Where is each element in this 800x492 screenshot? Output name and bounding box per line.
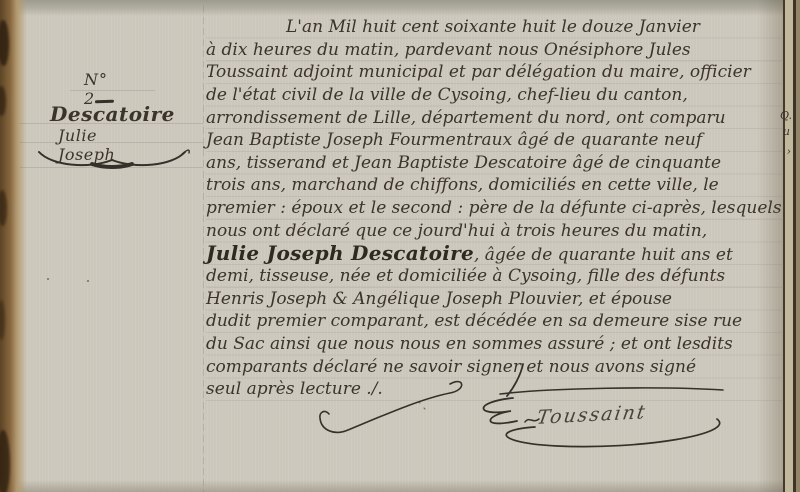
- body-line: Henris Joseph & Angélique Joseph Plouvie…: [206, 288, 784, 311]
- body-line: à dix heures du matin, pardevant nous On…: [206, 39, 784, 62]
- body-line: de l'état civil de la ville de Cysoing, …: [206, 84, 784, 107]
- body-line-deceased-name: Julie Joseph Descatoire, âgée de quarant…: [206, 242, 784, 265]
- body-line-continuation: , âgée de quarante huit ans et: [474, 245, 733, 265]
- margin-rule-line: [203, 6, 204, 492]
- paper-speck: [87, 280, 89, 282]
- act-body-text: L'an Mil huit cent soixante huit le douz…: [206, 16, 784, 401]
- ruled-line: [70, 90, 155, 91]
- binding-dark-patch: [0, 190, 7, 226]
- body-line: Toussaint adjoint municipal et par délég…: [206, 61, 784, 84]
- top-edge-shadow: [0, 0, 800, 16]
- body-line: du Sac ainsi que nous nous en sommes ass…: [206, 333, 784, 356]
- bottom-edge-shadow: [0, 480, 800, 492]
- body-line: arrondissement de Lille, département du …: [206, 107, 784, 130]
- body-line: Jean Baptiste Joseph Fourmentraux âgé de…: [206, 129, 784, 152]
- body-line: premier : époux et le second : père de l…: [206, 197, 784, 220]
- body-line: nous ont déclaré que ce jourd'hui à troi…: [206, 220, 784, 243]
- body-line: demi, tisseuse, née et domiciliée à Cyso…: [206, 265, 784, 288]
- body-line: L'an Mil huit cent soixante huit le douz…: [206, 16, 784, 39]
- book-gutter: [783, 0, 800, 492]
- gutter-text-fragment: ›: [787, 146, 791, 158]
- officer-signature: Toussaint: [455, 362, 755, 462]
- deceased-full-name: Julie Joseph Descatoire: [206, 241, 474, 265]
- deceased-surname: Descatoire: [50, 102, 175, 126]
- binding-dark-patch: [0, 20, 9, 66]
- body-line: trois ans, marchand de chiffons, domicil…: [206, 174, 784, 197]
- binding-dark-patch: [0, 300, 5, 340]
- closing-pen-flourish: [300, 372, 470, 454]
- binding-edge: [0, 0, 27, 492]
- margin-flourish: [34, 144, 194, 178]
- body-line: dudit premier comparant, est décédée en …: [206, 310, 784, 333]
- scanned-register-page: Q. u › N° 2 Descatoire Julie Joseph L'an…: [0, 0, 800, 492]
- paper-speck: [47, 278, 49, 280]
- binding-dark-patch: [0, 86, 6, 116]
- body-line: ans, tisserand et Jean Baptiste Descatoi…: [206, 152, 784, 175]
- binding-dark-patch: [0, 430, 10, 492]
